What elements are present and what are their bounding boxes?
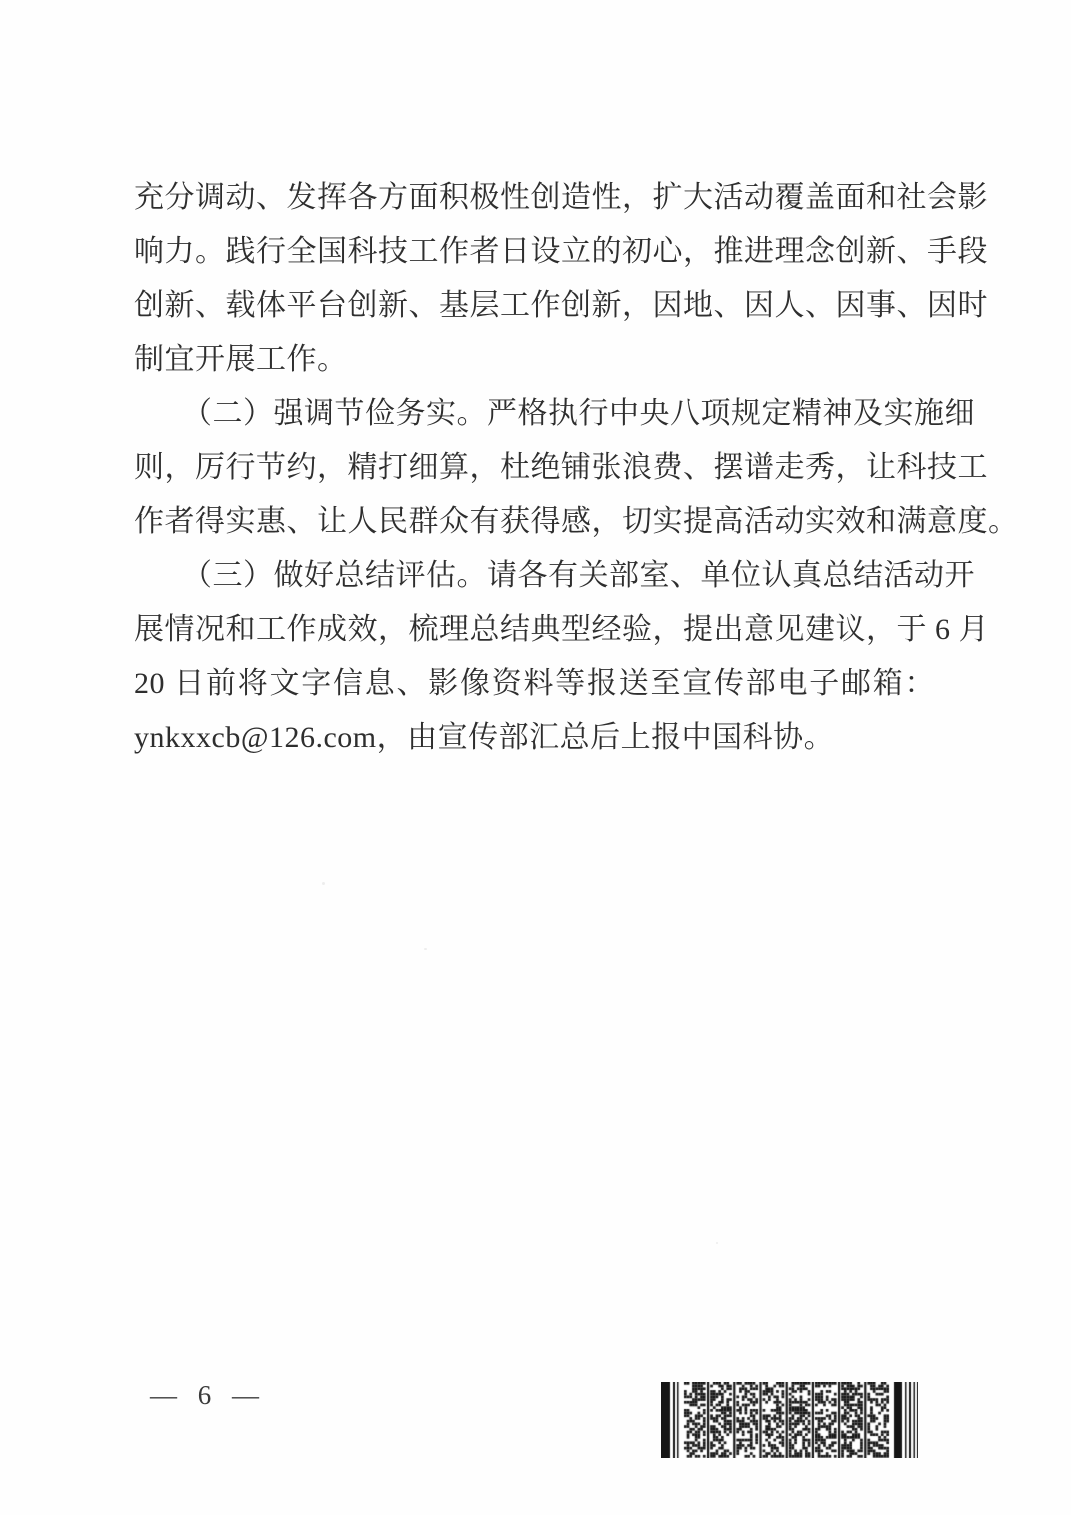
- page-number: — 6 —: [150, 1380, 261, 1410]
- text-line: 充分调动、发挥各方面积极性创造性，扩大活动覆盖面和社会影: [134, 171, 935, 225]
- text-line: 20 日前将文字信息、影像资料等报送至宣传部电子邮箱：: [134, 657, 935, 711]
- text-line: （二）强调节俭务实。严格执行中央八项规定精神及实施细: [134, 387, 935, 441]
- text-line: 创新、载体平台创新、基层工作创新，因地、因人、因事、因时: [134, 279, 935, 333]
- text-line: 作者得实惠、让人民群众有获得感，切实提高活动实效和满意度。: [134, 495, 935, 549]
- text-line: ynkxxcb@126.com，由宣传部汇总后上报中国科协。: [134, 711, 935, 765]
- text-line: 则，厉行节约，精打细算，杜绝铺张浪费、摆谱走秀，让科技工: [134, 441, 935, 495]
- text-line: 响力。践行全国科技工作者日设立的初心，推进理念创新、手段: [134, 225, 935, 279]
- document-barcode-icon: [661, 1382, 918, 1458]
- text-line: 制宜开展工作。: [134, 333, 935, 387]
- scan-artifact: [716, 1242, 718, 1244]
- scan-artifact: [322, 882, 325, 885]
- text-line: 展情况和工作成效，梳理总结典型经验，提出意见建议，于 6 月: [134, 603, 935, 657]
- document-page: 充分调动、发挥各方面积极性创造性，扩大活动覆盖面和社会影响力。践行全国科技工作者…: [0, 0, 1071, 1515]
- text-line: （三）做好总结评估。请各有关部室、单位认真总结活动开: [134, 549, 935, 603]
- document-body: 充分调动、发挥各方面积极性创造性，扩大活动覆盖面和社会影响力。践行全国科技工作者…: [134, 171, 935, 765]
- scan-artifact: [424, 948, 427, 950]
